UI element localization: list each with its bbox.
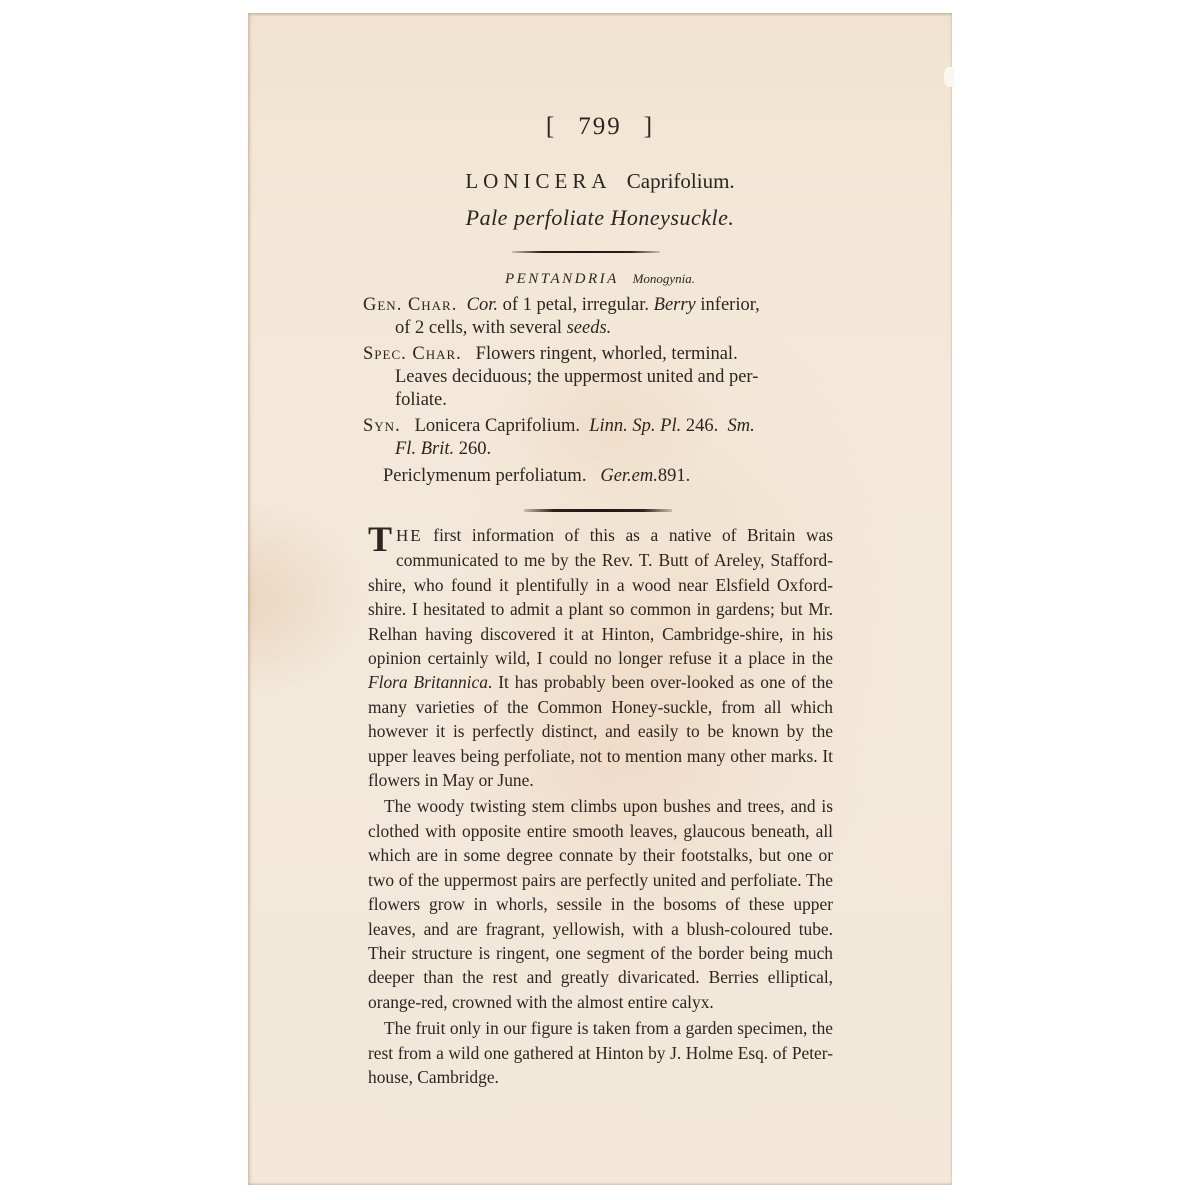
paragraph-3: The fruit only in our figure is taken fr… [368, 1016, 833, 1089]
common-name: Pale perfoliate Honeysuckle. [248, 205, 952, 231]
species-title: LONICERA Caprifolium. [248, 169, 952, 194]
gen-char-label: Gen. Char. [363, 295, 457, 315]
syn-label: Syn. [363, 416, 401, 436]
bracket-open: [ [546, 113, 556, 140]
page-edge-tear [944, 67, 954, 87]
order-name: Monogynia. [633, 271, 695, 286]
linnaean-classification: PENTANDRIA Monogynia. [248, 271, 952, 288]
text-italic: Ger.em. [600, 466, 658, 486]
synonymy: Syn. Lonicera Caprifolium. Linn. Sp. Pl.… [363, 415, 833, 461]
text-italic: Fl. Brit. [395, 439, 454, 459]
text-italic: Flora Britannica [368, 672, 488, 692]
class-name: PENTANDRIA [505, 271, 619, 287]
text-italic: Berry [654, 295, 696, 315]
syn-line2: Fl. Brit. 260. [363, 438, 833, 461]
text: Flowers ringent, whorled, terminal. [476, 344, 738, 364]
text-italic: seeds. [567, 318, 612, 338]
text: Lonicera Caprifolium. [415, 416, 580, 436]
text: of 2 cells, with several [395, 318, 567, 338]
divider-rule [512, 251, 660, 253]
text: 246. [686, 416, 718, 436]
text: 891. [658, 466, 690, 486]
divider-rule [524, 509, 672, 512]
specific-character: Spec. Char. Flowers ringent, whorled, te… [363, 343, 833, 412]
gen-char-line2: of 2 cells, with several seeds. [363, 317, 833, 340]
page-number: [799] [248, 113, 952, 141]
page-number-value: 799 [578, 113, 622, 140]
text: HE [396, 526, 423, 545]
book-page: [799] LONICERA Caprifolium. Pale perfoli… [248, 13, 952, 1185]
bracket-close: ] [644, 113, 654, 140]
text: of 1 petal, irregular. [498, 295, 654, 315]
spec-char-line3: foliate. [363, 389, 833, 412]
paragraph-2: The woody twisting stem climbs upon bush… [368, 794, 833, 1014]
text-italic: Sm. [728, 416, 755, 436]
spec-char-line2: Leaves deciduous; the uppermost united a… [363, 366, 833, 389]
generic-character: Gen. Char. Cor. of 1 petal, irregular. B… [363, 294, 833, 340]
text: 260. [459, 439, 491, 459]
text-italic: Linn. Sp. Pl. [589, 416, 681, 436]
text: first information of this as a native of… [368, 525, 833, 668]
text-italic: Cor. [467, 295, 498, 315]
paragraph-1: THE first information of this as a nativ… [368, 523, 833, 792]
drop-cap: T [368, 525, 392, 553]
text: inferior, [696, 295, 760, 315]
genus-name: LONICERA [465, 169, 611, 193]
species-name: Caprifolium. [627, 169, 735, 193]
synonym-periclymenum: Periclymenum perfoliatum. Ger.em.891. [383, 465, 853, 488]
description-body: THE first information of this as a nativ… [368, 523, 833, 1089]
text: Periclymenum perfoliatum. [383, 466, 586, 486]
spec-char-label: Spec. Char. [363, 344, 462, 364]
